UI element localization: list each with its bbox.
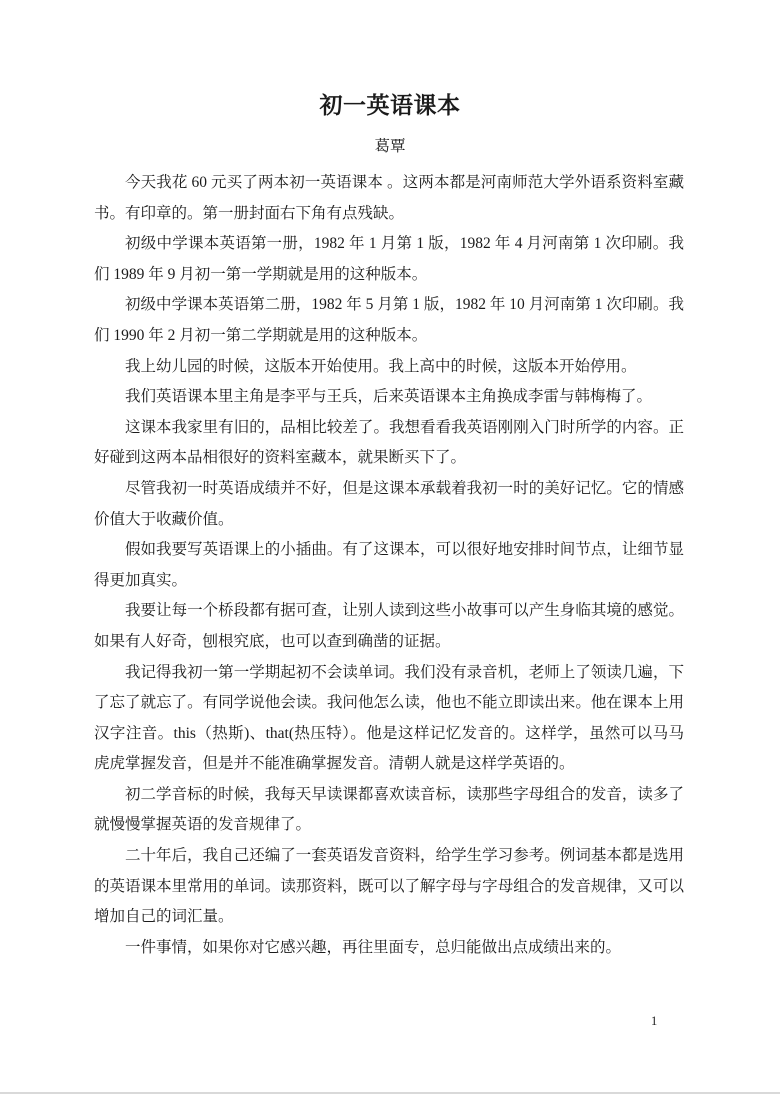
paragraph: 初级中学课本英语第一册，1982 年 1 月第 1 版，1982 年 4 月河南… <box>94 229 684 290</box>
author-name: 葛覃 <box>0 137 780 157</box>
paragraph: 今天我花 60 元买了两本初一英语课本 。这两本都是河南师范大学外语系资料室藏书… <box>94 168 684 229</box>
paragraph: 这课本我家里有旧的，品相比较差了。我想看看我英语刚刚入门时所学的内容。正好碰到这… <box>94 413 684 474</box>
paragraph: 我要让每一个桥段都有据可查，让别人读到这些小故事可以产生身临其境的感觉。如果有人… <box>94 596 684 657</box>
paragraph: 初二学音标的时候，我每天早读课都喜欢读音标，读那些字母组合的发音，读多了就慢慢掌… <box>94 780 684 841</box>
page-number: 1 <box>651 1013 657 1029</box>
paragraph: 尽管我初一时英语成绩并不好，但是这课本承载着我初一时的美好记忆。它的情感价值大于… <box>94 474 684 535</box>
document-page: 初一英语课本 葛覃 今天我花 60 元买了两本初一英语课本 。这两本都是河南师范… <box>0 0 780 1099</box>
page-title: 初一英语课本 <box>0 92 780 120</box>
paragraph: 二十年后，我自己还编了一套英语发音资料，给学生学习参考。例词基本都是选用的英语课… <box>94 841 684 933</box>
paragraph: 初级中学课本英语第二册，1982 年 5 月第 1 版，1982 年 10 月河… <box>94 290 684 351</box>
paragraph: 我记得我初一第一学期起初不会读单词。我们没有录音机，老师上了领读几遍，下了忘了就… <box>94 658 684 780</box>
paragraph: 我上幼儿园的时候，这版本开始使用。我上高中的时候，这版本开始停用。 <box>94 352 684 383</box>
paragraph: 我们英语课本里主角是李平与王兵，后来英语课本主角换成李雷与韩梅梅了。 <box>94 382 684 413</box>
document-body: 今天我花 60 元买了两本初一英语课本 。这两本都是河南师范大学外语系资料室藏书… <box>94 168 684 963</box>
paragraph: 一件事情，如果你对它感兴趣，再往里面专，总归能做出点成绩出来的。 <box>94 933 684 964</box>
paragraph: 假如我要写英语课上的小插曲。有了这课本，可以很好地安排时间节点，让细节显得更加真… <box>94 535 684 596</box>
page-edge-divider <box>0 1092 780 1094</box>
